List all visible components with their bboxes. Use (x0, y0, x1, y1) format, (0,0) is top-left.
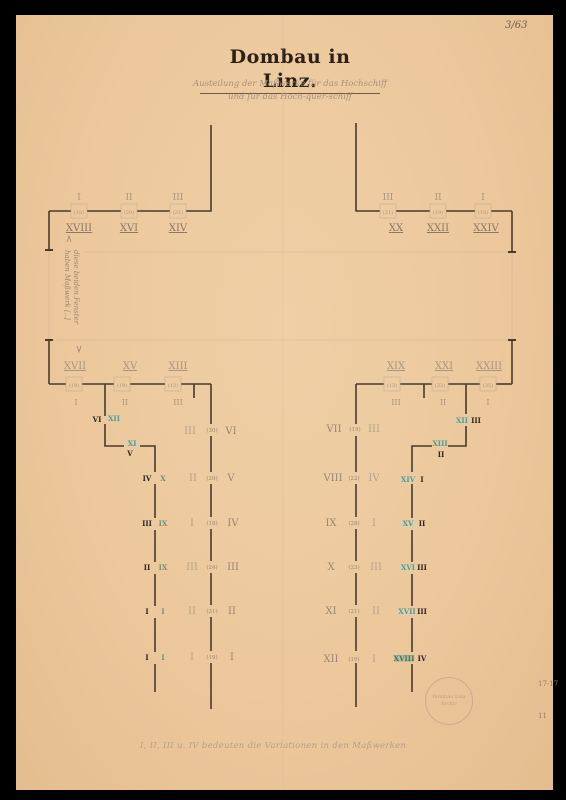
aisle-left-window-5[interactable]: II IX (144, 563, 168, 572)
tracery-number: (21) (348, 608, 359, 615)
window-number: XII (323, 654, 338, 665)
variation-mark: I (420, 475, 423, 484)
nave-left-window-6[interactable]: I (19) I (190, 652, 234, 663)
tracery-number: (19) (69, 382, 79, 389)
window-number: III (227, 562, 239, 573)
tracery-number: (21) (206, 608, 217, 615)
variation-label: IV (368, 473, 380, 484)
green-window-number: XVI (401, 563, 415, 572)
tracery-number: (18) (74, 209, 84, 216)
variation-label: II (122, 398, 128, 407)
window-number: XXI (435, 361, 453, 372)
green-window-number: XI (128, 439, 137, 448)
window-number: XX (389, 223, 404, 234)
green-window-number: I (161, 607, 164, 616)
aisle-left: VI XII XI V IV X III IX II IX I I I I (92, 414, 168, 662)
variation-label: II (125, 193, 133, 203)
window-number: II (228, 606, 236, 617)
window-number: VII (325, 424, 341, 435)
aisle-left-window-3[interactable]: IV X (143, 474, 167, 483)
variation-label: I (372, 654, 376, 665)
tracery-number: (30) (206, 427, 217, 434)
variation-label: III (383, 193, 394, 203)
nave-left-window-3[interactable]: I (18) IV (190, 518, 239, 529)
tracery-number: (35) (483, 382, 493, 389)
tracery-number: (23) (348, 564, 359, 571)
variation-label: III (173, 193, 184, 203)
variation-label: II (189, 473, 197, 484)
variation-mark: III (142, 519, 152, 528)
variation-mark: V (126, 449, 133, 458)
variation-label: III (370, 562, 382, 573)
edge-mark-top: 17-17 (538, 680, 558, 688)
variation-label: I (77, 193, 81, 203)
nave-right-column: VII (19) III VIII (22) IV IX (28) I X (2… (322, 424, 382, 665)
nave-left-window-1[interactable]: III (30) VI (184, 426, 237, 437)
variation-label: III (184, 426, 196, 437)
nave-left-window-4[interactable]: III (24) III (186, 562, 239, 573)
legend-note: I, II, III u. IV bedeuten die Variatione… (140, 741, 406, 751)
green-window-number: I (161, 653, 164, 662)
window-number: XVI (120, 223, 138, 234)
archive-stamp: Dombau Linz Archiv (425, 677, 473, 725)
green-window-number: XV (403, 519, 414, 528)
aisle-left-window-1[interactable]: VI XII (92, 414, 121, 424)
window-number: XVII (64, 361, 86, 372)
aisle-left-window-6[interactable]: I I (145, 607, 164, 616)
green-window-number: X (160, 474, 166, 483)
tracery-number: (22) (348, 475, 359, 482)
tracery-number: (21) (173, 209, 183, 216)
arrow-up-icon (67, 236, 71, 242)
variation-label: I (190, 652, 194, 663)
tracery-number: (29) (206, 475, 217, 482)
window-number: XXIII (476, 361, 502, 372)
variation-label: II (434, 193, 442, 203)
green-window-number: XIII (432, 439, 447, 448)
tracery-number: (13) (387, 382, 397, 389)
window-upper-left-2[interactable]: II (20) XVI (120, 193, 138, 234)
window-number: XI (325, 606, 336, 617)
aisle-right-window-4[interactable]: XV II (400, 519, 425, 528)
nave-right-window-2[interactable]: VIII (22) IV (322, 473, 380, 484)
nave-right-window-5[interactable]: XI (21) II (325, 606, 380, 617)
window-number: XIII (169, 361, 188, 372)
aisle-left-window-2[interactable]: XI V (125, 439, 139, 458)
tracery-number: (19) (433, 209, 443, 216)
aisle-left-window-7[interactable]: I I (145, 653, 164, 662)
aisle-right-window-1[interactable]: XII III (455, 416, 481, 425)
window-upper-left-3[interactable]: III (21) XIV (169, 193, 188, 234)
aisle-right-window-5[interactable]: XVI III (400, 563, 427, 572)
variation-mark: II (438, 450, 445, 459)
green-window-number: XVII (398, 607, 415, 616)
variation-mark: VI (92, 415, 102, 424)
upper-right-wing: III (21) XX II (19) XXII I (18) XXIV (380, 193, 499, 234)
aisle-left-window-4[interactable]: III IX (142, 519, 168, 528)
variation-label: I (190, 518, 194, 529)
window-number: IX (325, 518, 337, 529)
nave-right-window-6[interactable]: XII (19) I (323, 654, 376, 665)
nave-left-window-2[interactable]: II (29) V (189, 473, 235, 484)
window-number: X (327, 562, 335, 573)
nave-right-window-4[interactable]: X (23) III (327, 562, 382, 573)
window-upper-right-2[interactable]: II (19) XXII (427, 193, 449, 234)
window-number: XXII (427, 223, 449, 234)
variation-mark: II (419, 519, 426, 528)
window-number: XVIII (66, 223, 92, 234)
aisle-right-window-6[interactable]: XVII III (398, 607, 427, 616)
aisle-right: XII III XIII II XIV I XV II XVI III XVII… (394, 416, 481, 663)
tracery-number: (12) (168, 382, 178, 389)
aisle-right-window-3[interactable]: XIV I (400, 475, 424, 484)
side-note: diese beiden Fenster haben Maßwerk [..] (60, 250, 80, 340)
tracery-number: (20) (124, 209, 134, 216)
tracery-number: (19) (117, 382, 127, 389)
tracery-number: (19) (349, 426, 360, 433)
variation-label: I (481, 193, 485, 203)
variation-label: II (188, 606, 196, 617)
window-upper-right-3[interactable]: I (18) XXIV (473, 193, 499, 234)
nave-right-window-3[interactable]: IX (28) I (325, 518, 376, 529)
variation-mark: III (417, 563, 427, 572)
variation-mark: II (144, 563, 151, 572)
green-window-number: XII (108, 414, 120, 423)
tracery-number: (19) (348, 656, 359, 663)
window-number: XIX (387, 361, 406, 372)
window-number: IV (227, 518, 239, 529)
variation-mark: I (145, 653, 148, 662)
green-window-number: IX (159, 563, 168, 572)
green-window-number: XII (456, 416, 468, 425)
tracery-number: (19) (206, 654, 217, 661)
green-window-number: IX (159, 519, 168, 528)
variation-label: I (74, 398, 77, 407)
window-number: VI (224, 426, 236, 437)
nave-right-window-1[interactable]: VII (19) III (325, 424, 380, 435)
arrow-down-icon (77, 346, 81, 352)
window-number: XXIV (473, 223, 499, 234)
green-window-number: XVIII (394, 654, 415, 663)
tracery-number: (33) (435, 382, 445, 389)
window-upper-left-1[interactable]: I (18) XVIII (66, 193, 92, 234)
variation-label: III (368, 424, 380, 435)
tracery-number: (18) (478, 209, 488, 216)
tracery-number: (18) (206, 520, 217, 527)
variation-label: I (486, 398, 489, 407)
tracery-number: (28) (348, 520, 359, 527)
variation-label: II (440, 398, 446, 407)
floor-plan-diagram: I (18) XVIII II (20) XVI III (21) XIV II… (0, 0, 566, 800)
edge-mark-bottom: 11 (538, 712, 547, 720)
variation-mark: I (145, 607, 148, 616)
tracery-number: (21) (383, 209, 393, 216)
variation-label: III (391, 398, 400, 407)
nave-left-window-5[interactable]: II (21) II (188, 606, 236, 617)
variation-label: II (372, 606, 380, 617)
variation-label: III (173, 398, 182, 407)
variation-mark: III (417, 607, 427, 616)
aisle-right-window-2[interactable]: XIII II (432, 439, 447, 459)
variation-label: III (186, 562, 198, 573)
green-window-number: XIV (401, 475, 416, 484)
tracery-number: (24) (206, 564, 217, 571)
wall-end-ticks (45, 250, 516, 340)
window-number: VIII (322, 473, 342, 484)
variation-mark: III (471, 416, 481, 425)
window-number: V (226, 473, 235, 484)
variation-mark: IV (418, 654, 427, 663)
upper-left-wing: I (18) XVIII II (20) XVI III (21) XIV (66, 193, 188, 234)
window-upper-right-1[interactable]: III (21) XX (380, 193, 404, 234)
window-number: XIV (169, 223, 188, 234)
window-number: I (230, 652, 234, 663)
window-number: XV (123, 361, 138, 372)
variation-label: I (372, 518, 376, 529)
variation-mark: IV (143, 474, 152, 483)
aisle-right-window-7[interactable]: XVIII IV (394, 654, 427, 663)
